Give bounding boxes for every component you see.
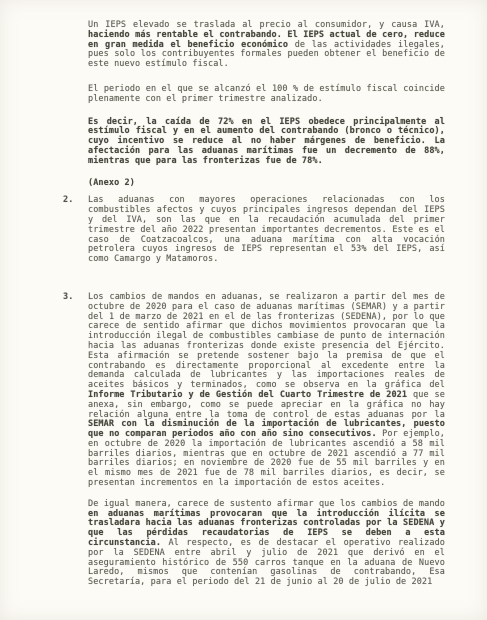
list-item-2-number: 2. (63, 196, 83, 206)
paragraph-ieps-elevado: Un IEPS elevado se traslada al precio al… (88, 21, 445, 70)
list-item-3-run-5: Por ejemplo, en octubre de 2020 la impor… (88, 429, 445, 488)
list-item-3-run-1: Los cambios de mandos en aduanas, se rea… (88, 292, 445, 390)
paragraph-de-igual-manera-run-1: De igual manera, carece de sustento afir… (88, 499, 445, 509)
list-item-2: 2. Las aduanas con mayores operaciones r… (88, 196, 445, 265)
anexo-2-label: (Anexo 2) (88, 179, 445, 189)
list-item-3-text: Los cambios de mandos en aduanas, se rea… (88, 293, 445, 489)
list-item-3-number: 3. (63, 293, 83, 303)
paragraph-ieps-elevado-run-1: Un IEPS elevado se traslada al precio al… (88, 20, 445, 30)
scanned-document-page: Un IEPS elevado se traslada al precio al… (0, 0, 487, 620)
list-item-3: 3. Los cambios de mandos en aduanas, se … (88, 293, 445, 489)
paragraph-ieps-elevado-run-2: haciendo más rentable el contrabando. (88, 30, 287, 40)
paragraph-es-decir-caida-ieps: Es decir, la caída de 72% en el IEPS obe… (88, 118, 445, 167)
list-item-3-run-2-informe-tributario: Informe Tributario y de Gestión del Cuar… (88, 390, 407, 400)
paragraph-de-igual-manera: De igual manera, carece de sustento afir… (88, 500, 445, 588)
document-text-column: Un IEPS elevado se traslada al precio al… (88, 21, 445, 588)
list-item-2-text: Las aduanas con mayores operaciones rela… (88, 196, 445, 265)
paragraph-periodo-estimulo: El periodo en el que se alcanzó el 100 %… (88, 85, 445, 105)
